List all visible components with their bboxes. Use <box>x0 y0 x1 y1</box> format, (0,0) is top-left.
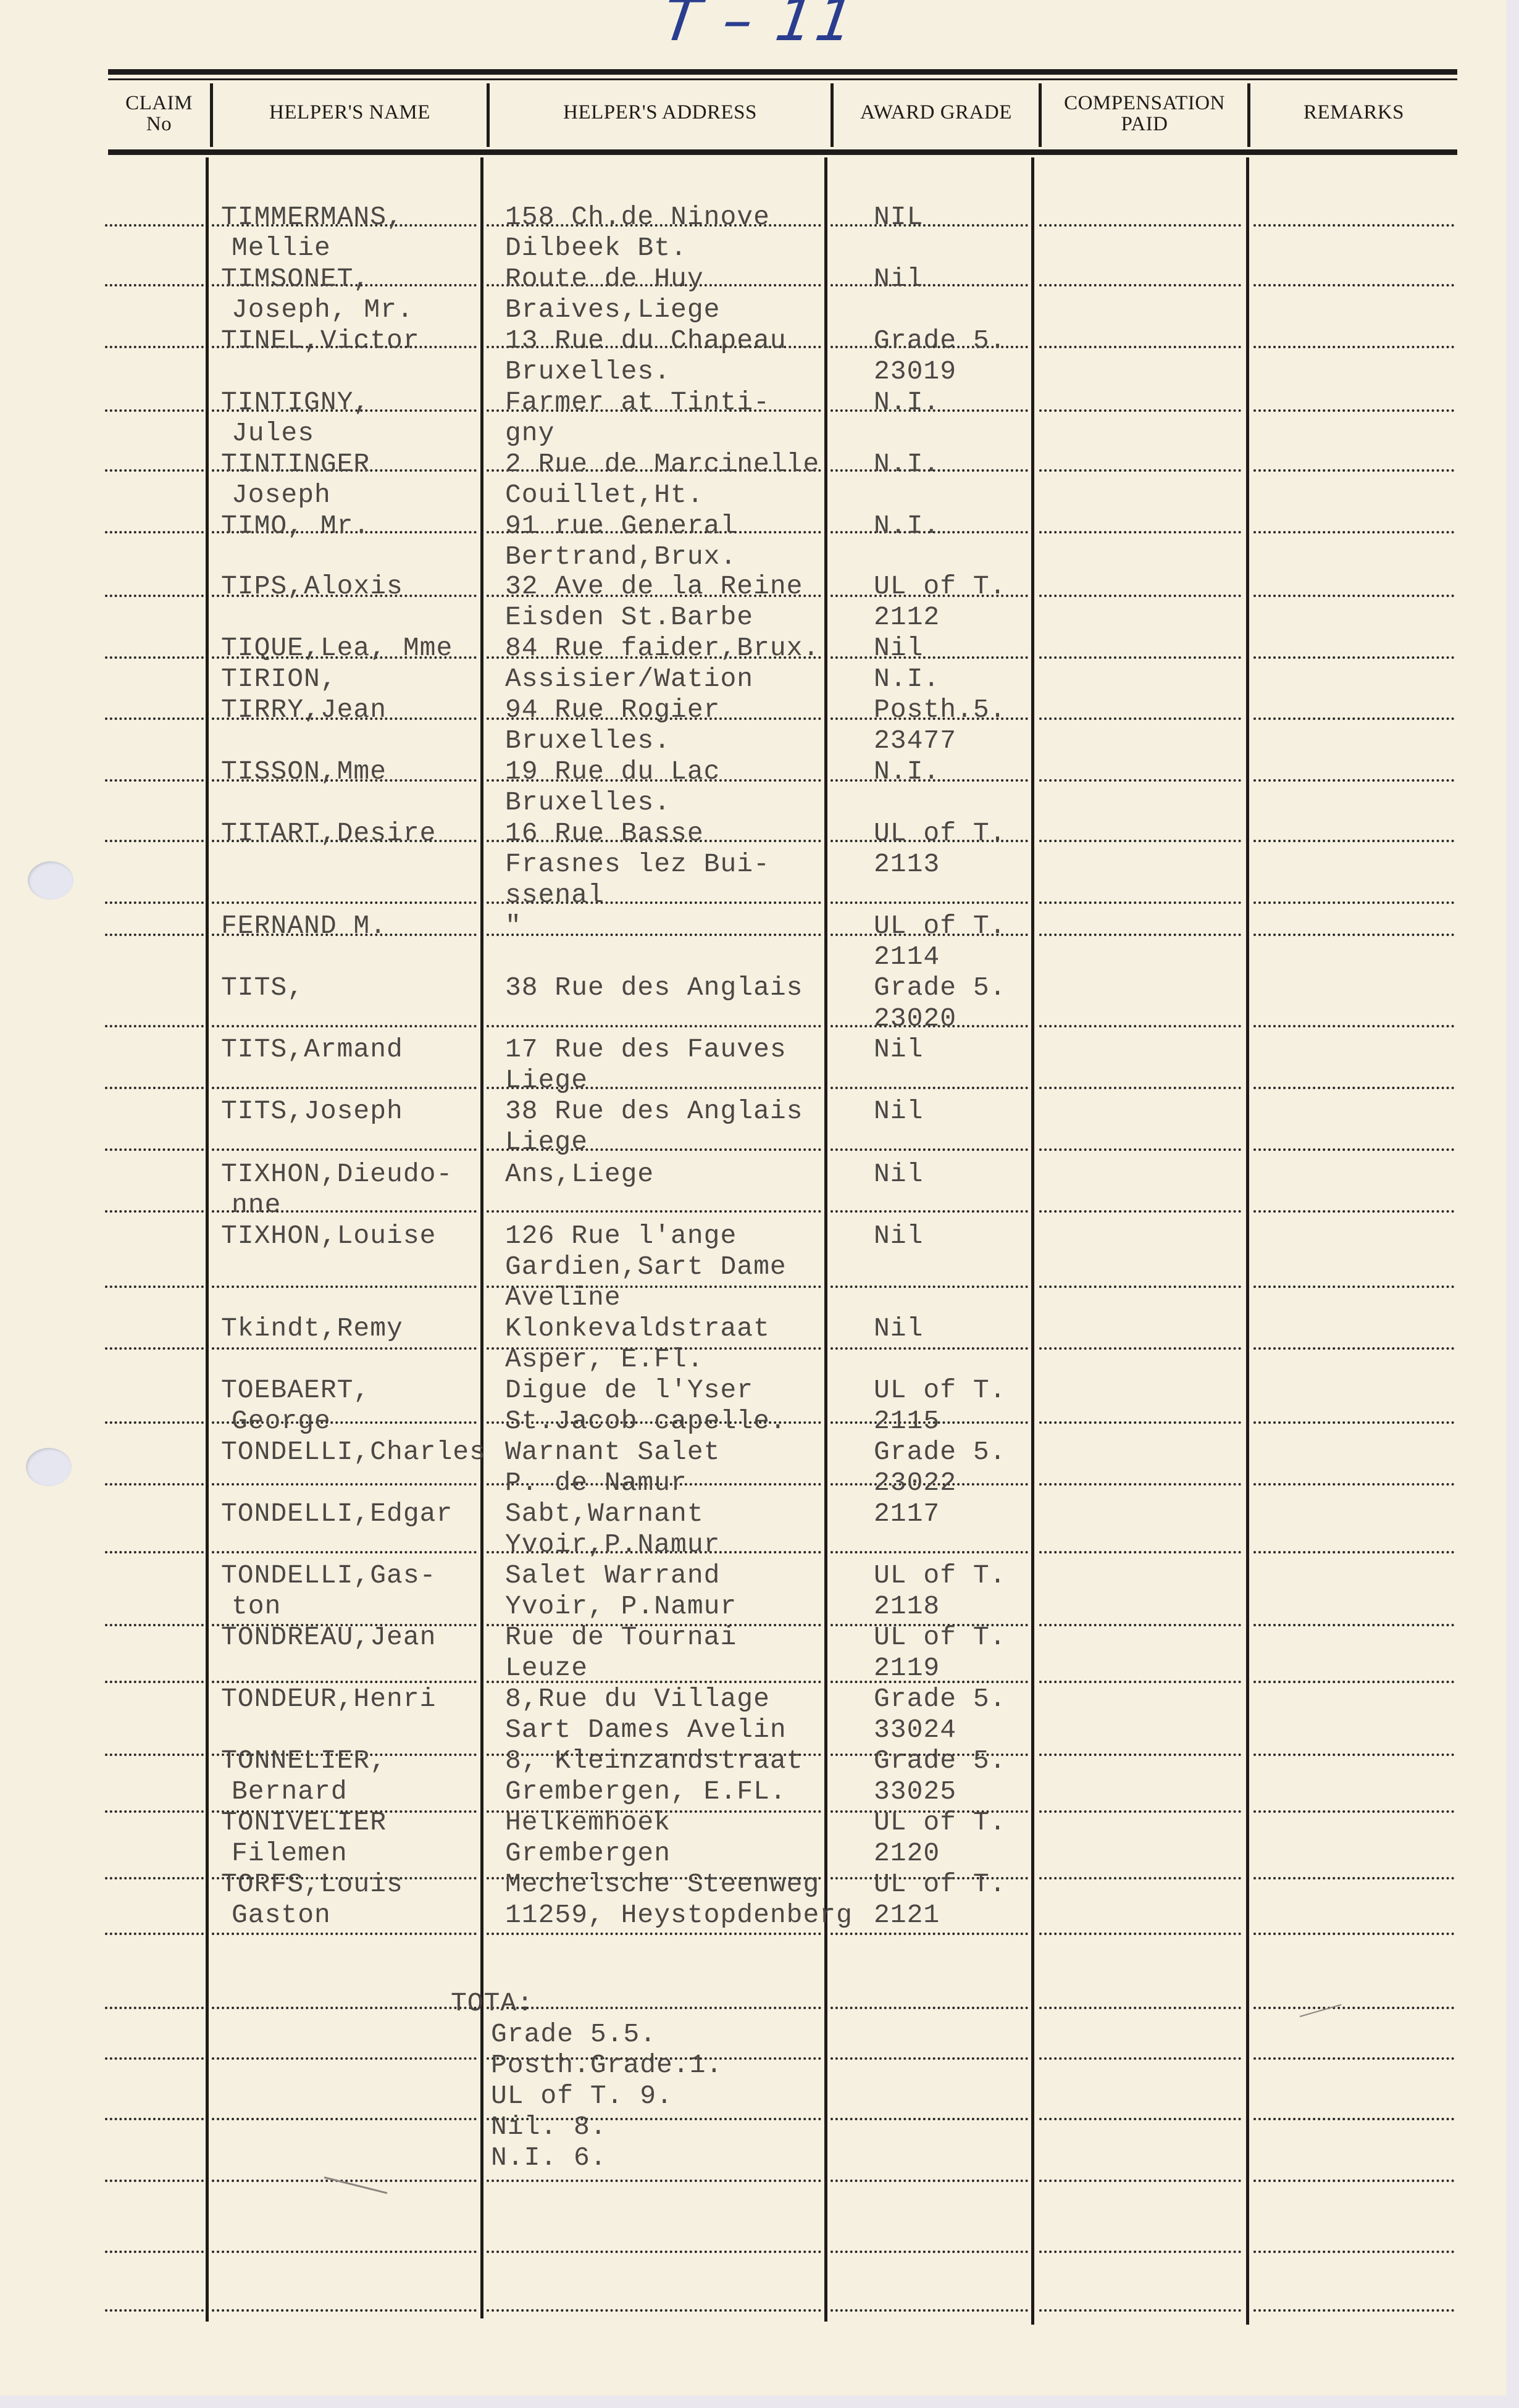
dotted-rule <box>1253 1025 1454 1027</box>
dotted-rule <box>212 2251 477 2253</box>
dotted-rule <box>831 2007 1028 2009</box>
address-line: Couillet,Ht. <box>505 480 704 511</box>
address-line: 2 Rue de Marcinelle <box>505 449 819 480</box>
address-line: Liege <box>505 1127 588 1158</box>
name-line: TONDELLI,Edgar <box>221 1499 453 1529</box>
dotted-rule <box>831 2251 1028 2253</box>
dotted-rule <box>487 934 821 936</box>
dotted-rule <box>105 469 204 472</box>
address-line: 38 Rue des Anglais <box>505 1096 803 1127</box>
dotted-rule <box>1039 1087 1241 1089</box>
address-line: gny <box>505 418 554 449</box>
column-divider-claim-name <box>206 157 209 2322</box>
dotted-rule <box>1253 1087 1454 1089</box>
dotted-rule <box>487 2007 821 2009</box>
address-line: 94 Rue Rogier <box>505 695 720 725</box>
name-line: TINEL,Victor <box>221 325 420 356</box>
dotted-rule <box>1253 1347 1454 1350</box>
dotted-rule <box>105 1210 204 1213</box>
dotted-rule <box>212 901 477 904</box>
dotted-rule <box>105 1286 204 1288</box>
column-header-compensation-paid: COMPENSATION PAID <box>1042 93 1247 135</box>
dotted-rule <box>1039 1810 1241 1813</box>
name-line: Tkindt,Remy <box>221 1313 403 1344</box>
address-line: Leuze <box>505 1653 588 1684</box>
award-line: 2118 <box>874 1591 940 1622</box>
dotted-rule <box>212 2057 477 2060</box>
pencil-mark-remarks <box>1300 2004 1342 2017</box>
dotted-rule <box>105 656 204 659</box>
dotted-rule <box>831 1087 1028 1089</box>
address-line: Warnant Salet <box>505 1437 720 1468</box>
dotted-rule <box>105 934 204 936</box>
address-line: Rue de Tournai <box>505 1622 737 1653</box>
dotted-rule <box>487 1933 821 1935</box>
address-line: Assisier/Wation <box>505 664 753 695</box>
dotted-rule <box>1253 1551 1454 1553</box>
award-line: Posth.5. <box>874 695 1006 725</box>
address-line: Asper, E.Fl. <box>505 1344 704 1375</box>
award-line: UL of T. <box>874 1375 1006 1406</box>
award-line: 23477 <box>874 725 956 756</box>
dotted-rule <box>1039 1933 1241 1935</box>
dotted-rule <box>105 840 204 842</box>
dotted-rule <box>105 1087 204 1089</box>
name-line: TIXHON,Louise <box>221 1221 436 1252</box>
name-line: TONNELIER, <box>221 1745 387 1776</box>
address-line: Braives,Liege <box>505 295 720 325</box>
address-line: P. de Namur <box>505 1468 687 1499</box>
address-line: Yvoir,P.Namur <box>505 1529 720 1560</box>
dotted-rule <box>1253 840 1454 842</box>
dotted-rule <box>1253 346 1454 348</box>
address-line: " <box>505 911 522 942</box>
dotted-rule <box>1253 1754 1454 1756</box>
address-line: Bruxelles. <box>505 787 671 818</box>
award-line: 2113 <box>874 849 940 880</box>
dotted-rule <box>105 2118 204 2120</box>
dotted-rule <box>105 224 204 227</box>
dotted-rule <box>212 1286 477 1288</box>
dotted-rule <box>1253 1933 1454 1935</box>
dotted-rule <box>831 1286 1028 1288</box>
name-line: TIPS,Aloxis <box>221 571 403 602</box>
dotted-rule <box>105 2180 204 2182</box>
totals-line-nil: Nil. 8. <box>491 2112 607 2143</box>
dotted-rule <box>1253 409 1454 412</box>
award-line: N.I. <box>874 387 940 418</box>
award-line: 2114 <box>874 942 940 972</box>
award-line: 2115 <box>874 1406 940 1437</box>
dotted-rule <box>1253 2309 1454 2312</box>
award-line: 33025 <box>874 1776 956 1807</box>
dotted-rule <box>1253 595 1454 597</box>
dotted-rule <box>1253 2180 1454 2182</box>
dotted-rule <box>105 2251 204 2253</box>
dotted-rule <box>1039 1421 1241 1424</box>
dotted-rule <box>831 1148 1028 1151</box>
dotted-rule <box>831 1551 1028 1553</box>
dotted-rule <box>1039 1286 1241 1288</box>
name-line: Filemen <box>232 1838 348 1869</box>
address-line: Klonkevaldstraat <box>505 1313 770 1344</box>
address-line: 16 Rue Basse <box>505 818 704 849</box>
dotted-rule <box>1039 934 1241 936</box>
dotted-rule <box>1253 717 1454 720</box>
dotted-rule <box>1253 2007 1454 2009</box>
dotted-rule <box>105 1877 204 1879</box>
name-line: TORFS,Louis <box>221 1869 403 1900</box>
address-line: Grembergen, E.FL. <box>505 1776 787 1807</box>
punch-hole-top <box>28 861 73 900</box>
dotted-rule <box>212 2007 477 2009</box>
address-line: Bruxelles. <box>505 725 671 756</box>
dotted-rule <box>212 1347 477 1350</box>
dotted-rule <box>1039 840 1241 842</box>
claim-no-label: No <box>108 114 210 135</box>
dotted-rule <box>105 1551 204 1553</box>
address-line: 17 Rue des Fauves <box>505 1034 787 1065</box>
address-line: 91 rue General <box>505 511 737 541</box>
award-line: UL of T. <box>874 571 1006 602</box>
dotted-rule <box>1039 1483 1241 1486</box>
award-line: N.I. <box>874 449 940 480</box>
award-line: N.I. <box>874 664 940 695</box>
award-line: UL of T. <box>874 1869 1006 1900</box>
dotted-rule <box>1039 224 1241 227</box>
award-line: 23019 <box>874 356 956 387</box>
dotted-rule <box>1039 2007 1241 2009</box>
handwritten-page-label: T – 11 <box>659 0 860 54</box>
name-line: TIRRY,Jean <box>221 695 387 725</box>
dotted-rule <box>1039 1681 1241 1683</box>
name-line: TONIVELIER <box>221 1807 387 1838</box>
award-line: N.I. <box>874 511 940 541</box>
address-line: Yvoir, P.Namur <box>505 1591 737 1622</box>
address-line: Bruxelles. <box>505 356 671 387</box>
dotted-rule <box>831 1347 1028 1350</box>
totals-line-ul: UL of T. 9. <box>491 2081 673 2112</box>
address-line: 19 Rue du Lac <box>505 756 720 787</box>
award-line: Nil <box>874 1221 923 1252</box>
name-line: TONDEUR,Henri <box>221 1684 436 1715</box>
name-line: Bernard <box>232 1776 348 1807</box>
dotted-rule <box>1253 1286 1454 1288</box>
dotted-rule <box>831 284 1028 286</box>
dotted-rule <box>1039 1025 1241 1027</box>
header-top-thick-rule <box>108 69 1457 75</box>
name-line: TIMMERMANS, <box>221 202 403 233</box>
dotted-rule <box>487 1210 821 1213</box>
address-line: Liege <box>505 1065 588 1096</box>
dotted-rule <box>487 2309 821 2312</box>
address-line: Farmer at Tinti- <box>505 387 770 418</box>
dotted-rule <box>212 2309 477 2312</box>
dotted-rule <box>1039 346 1241 348</box>
dotted-rule <box>105 1754 204 1756</box>
address-line: Eisden St.Barbe <box>505 602 753 633</box>
dotted-rule <box>1253 1148 1454 1151</box>
name-line: TISSON,Mme <box>221 756 387 787</box>
dotted-rule <box>212 1483 477 1486</box>
address-line: 126 Rue l'ange <box>505 1221 737 1252</box>
address-line: Sart Dames Avelin <box>505 1715 787 1745</box>
address-line: St.Jacob capelle. <box>505 1406 787 1437</box>
dotted-rule <box>105 2007 204 2009</box>
totals-label: TOTA: <box>451 1988 534 2019</box>
dotted-rule <box>1039 1877 1241 1879</box>
dotted-rule <box>105 901 204 904</box>
address-line: Mechelsche Steenweg <box>505 1869 819 1900</box>
dotted-rule <box>831 2180 1028 2182</box>
dotted-rule <box>1039 469 1241 472</box>
dotted-rule <box>1253 2057 1454 2060</box>
header-bottom-thick-rule <box>108 149 1457 155</box>
name-line: TINTINGER <box>221 449 370 480</box>
dotted-rule <box>1253 1810 1454 1813</box>
totals-line-grade5: Grade 5.5. <box>491 2019 656 2050</box>
dotted-rule <box>487 2251 821 2253</box>
address-line: Aveline <box>505 1282 621 1313</box>
award-line: Nil <box>874 633 923 664</box>
dotted-rule <box>212 1087 477 1089</box>
dotted-rule <box>1253 2118 1454 2120</box>
dotted-rule <box>1039 1624 1241 1626</box>
award-line: Nil <box>874 1096 923 1127</box>
dotted-rule <box>1253 656 1454 659</box>
dotted-rule <box>105 717 204 720</box>
dotted-rule <box>1039 901 1241 904</box>
dotted-rule <box>105 1025 204 1027</box>
dotted-rule <box>1039 1754 1241 1756</box>
dotted-rule <box>831 656 1028 659</box>
dotted-rule <box>1039 1148 1241 1151</box>
name-line: ton <box>232 1591 281 1622</box>
name-line: FERNAND M. <box>221 911 387 942</box>
header-top-thin-rule <box>108 78 1457 80</box>
address-line: 8,Rue du Village <box>505 1684 770 1715</box>
dotted-rule <box>212 1551 477 1553</box>
column-header-award-grade: AWARD GRADE <box>834 102 1039 123</box>
dotted-rule <box>105 1681 204 1683</box>
dotted-rule <box>105 531 204 533</box>
dotted-rule <box>1253 531 1454 533</box>
dotted-rule <box>212 1681 477 1683</box>
dotted-rule <box>1253 1483 1454 1486</box>
name-line: Mellie <box>232 233 331 264</box>
dotted-rule <box>1253 1210 1454 1213</box>
column-divider-compensation-remarks <box>1246 157 1249 2325</box>
claim-label: CLAIM <box>108 93 210 114</box>
address-line: 32 Ave de la Reine <box>505 571 803 602</box>
dotted-rule <box>212 2118 477 2120</box>
award-line: 2117 <box>874 1499 940 1529</box>
address-line: Gardien,Sart Dame <box>505 1252 787 1282</box>
totals-line-posth: Posth.Grade.1. <box>491 2050 722 2081</box>
dotted-rule <box>1039 656 1241 659</box>
name-line: TINTIGNY, <box>221 387 370 418</box>
paid-label: PAID <box>1042 114 1247 135</box>
dotted-rule <box>1039 2251 1241 2253</box>
dotted-rule <box>105 1421 204 1424</box>
dotted-rule <box>1253 2251 1454 2253</box>
dotted-rule <box>105 1810 204 1813</box>
award-line: Grade 5. <box>874 325 1006 356</box>
award-line: Grade 5. <box>874 972 1006 1003</box>
name-line: TITS,Armand <box>221 1034 403 1065</box>
dotted-rule <box>831 2118 1028 2120</box>
dotted-rule <box>831 1210 1028 1213</box>
dotted-rule <box>487 2180 821 2182</box>
award-line: Nil <box>874 264 923 295</box>
name-line: Gaston <box>232 1900 331 1931</box>
award-line: Grade 5. <box>874 1684 1006 1715</box>
dotted-rule <box>105 1933 204 1935</box>
address-line: 38 Rue des Anglais <box>505 972 803 1003</box>
column-header-helpers-address: HELPER'S ADDRESS <box>490 102 831 123</box>
dotted-rule <box>105 779 204 782</box>
award-line: UL of T. <box>874 1807 1006 1838</box>
dotted-rule <box>1253 1681 1454 1683</box>
dotted-rule <box>1039 2057 1241 2060</box>
award-line: Nil <box>874 1159 923 1190</box>
address-line: ssenal <box>505 880 605 911</box>
dotted-rule <box>1039 1210 1241 1213</box>
name-line: TIXHON,Dieudo- <box>221 1159 453 1190</box>
name-line: Jules <box>232 418 314 449</box>
address-line: Digue de l'Yser <box>505 1375 753 1406</box>
award-line: 23020 <box>874 1003 956 1034</box>
dotted-rule <box>1039 1551 1241 1553</box>
address-line: Dilbeek Bt. <box>505 233 687 264</box>
dotted-rule <box>1253 934 1454 936</box>
name-line: TIMSONET, <box>221 264 370 295</box>
award-line: UL of T. <box>874 1622 1006 1653</box>
dotted-rule <box>1253 284 1454 286</box>
award-line: 33024 <box>874 1715 956 1745</box>
award-line: Nil <box>874 1034 923 1065</box>
name-line: George <box>232 1406 331 1437</box>
column-divider-award-compensation <box>1031 157 1034 2325</box>
dotted-rule <box>1253 224 1454 227</box>
dotted-rule <box>1253 779 1454 782</box>
dotted-rule <box>105 284 204 286</box>
award-line: UL of T. <box>874 1560 1006 1591</box>
dotted-rule <box>1253 1624 1454 1626</box>
compensation-label: COMPENSATION <box>1042 93 1247 114</box>
award-line: UL of T. <box>874 818 1006 849</box>
award-line: 2120 <box>874 1838 940 1869</box>
name-line: TIQUE,Lea, Mme <box>221 633 453 664</box>
document-sheet: T – 11 CLAIM No HELPER'S NAME HELPER'S A… <box>0 0 1507 2396</box>
dotted-rule <box>831 901 1028 904</box>
address-line: Ans,Liege <box>505 1159 654 1190</box>
dotted-rule <box>1039 531 1241 533</box>
award-line: 2121 <box>874 1900 940 1931</box>
address-line: Bertrand,Brux. <box>505 541 737 572</box>
award-line: Grade 5. <box>874 1745 1006 1776</box>
name-line: TIRION, <box>221 664 337 695</box>
address-line: 84 Rue faider,Brux. <box>505 633 819 664</box>
dotted-rule <box>1039 2118 1241 2120</box>
dotted-rule <box>831 1933 1028 1935</box>
name-line: nne <box>232 1190 281 1221</box>
dotted-rule <box>1039 2180 1241 2182</box>
name-line: TONDREAU,Jean <box>221 1622 436 1653</box>
award-line: 2119 <box>874 1653 940 1684</box>
address-line: 13 Rue du Chapeau <box>505 325 787 356</box>
dotted-rule <box>105 595 204 597</box>
column-header-helpers-name: HELPER'S NAME <box>213 102 487 123</box>
dotted-rule <box>212 1148 477 1151</box>
dotted-rule <box>212 1025 477 1027</box>
address-line: 11259, Heystopdenberg <box>505 1900 853 1931</box>
dotted-rule <box>1039 409 1241 412</box>
dotted-rule <box>1039 284 1241 286</box>
award-line: Grade 5. <box>874 1437 1006 1468</box>
name-line: TIMO, Mr. <box>221 511 370 541</box>
dotted-rule <box>487 1025 821 1027</box>
address-line: Salet Warrand <box>505 1560 720 1591</box>
award-line: 23022 <box>874 1468 956 1499</box>
dotted-rule <box>1039 1347 1241 1350</box>
dotted-rule <box>212 1933 477 1935</box>
column-header-claim-no: CLAIM No <box>108 93 210 135</box>
dotted-rule <box>1039 2309 1241 2312</box>
dotted-rule <box>1039 779 1241 782</box>
address-line: 8, Kleinzandstraat <box>505 1745 803 1776</box>
name-line: TONDELLI,Charles <box>221 1437 486 1468</box>
address-line: Helkemhoek <box>505 1807 671 1838</box>
dotted-rule <box>105 409 204 412</box>
award-line: N.I. <box>874 756 940 787</box>
dotted-rule <box>105 346 204 348</box>
award-line: 2112 <box>874 602 940 633</box>
dotted-rule <box>1253 901 1454 904</box>
dotted-rule <box>105 1483 204 1486</box>
address-line: 158 Ch.de Ninove <box>505 202 770 233</box>
punch-hole-bottom <box>26 1448 72 1486</box>
dotted-rule <box>105 2057 204 2060</box>
address-line: Sabt,Warnant <box>505 1499 704 1529</box>
dotted-rule <box>105 2309 204 2312</box>
name-line: TITART,Desire <box>221 818 436 849</box>
name-line: TITS, <box>221 972 304 1003</box>
dotted-rule <box>831 2057 1028 2060</box>
name-line: Joseph <box>232 480 331 511</box>
dotted-rule <box>831 2309 1028 2312</box>
name-line: TOEBAERT, <box>221 1375 370 1406</box>
totals-line-ni: N.I. 6. <box>491 2143 607 2173</box>
award-line: UL of T. <box>874 911 1006 942</box>
dotted-rule <box>1253 1877 1454 1879</box>
dotted-rule <box>1039 595 1241 597</box>
dotted-rule <box>831 224 1028 227</box>
dotted-rule <box>105 1624 204 1626</box>
column-header-remarks: REMARKS <box>1250 102 1457 123</box>
dotted-rule <box>1253 1421 1454 1424</box>
award-line: NIL <box>874 202 923 233</box>
award-line: Nil <box>874 1313 923 1344</box>
address-line: Grembergen <box>505 1838 671 1869</box>
dotted-rule <box>1253 469 1454 472</box>
address-line: Route de Huy <box>505 264 704 295</box>
name-line: TONDELLI,Gas- <box>221 1560 436 1591</box>
name-line: TITS,Joseph <box>221 1096 403 1127</box>
dotted-rule <box>105 1148 204 1151</box>
name-line: Joseph, Mr. <box>232 295 414 325</box>
dotted-rule <box>1039 717 1241 720</box>
